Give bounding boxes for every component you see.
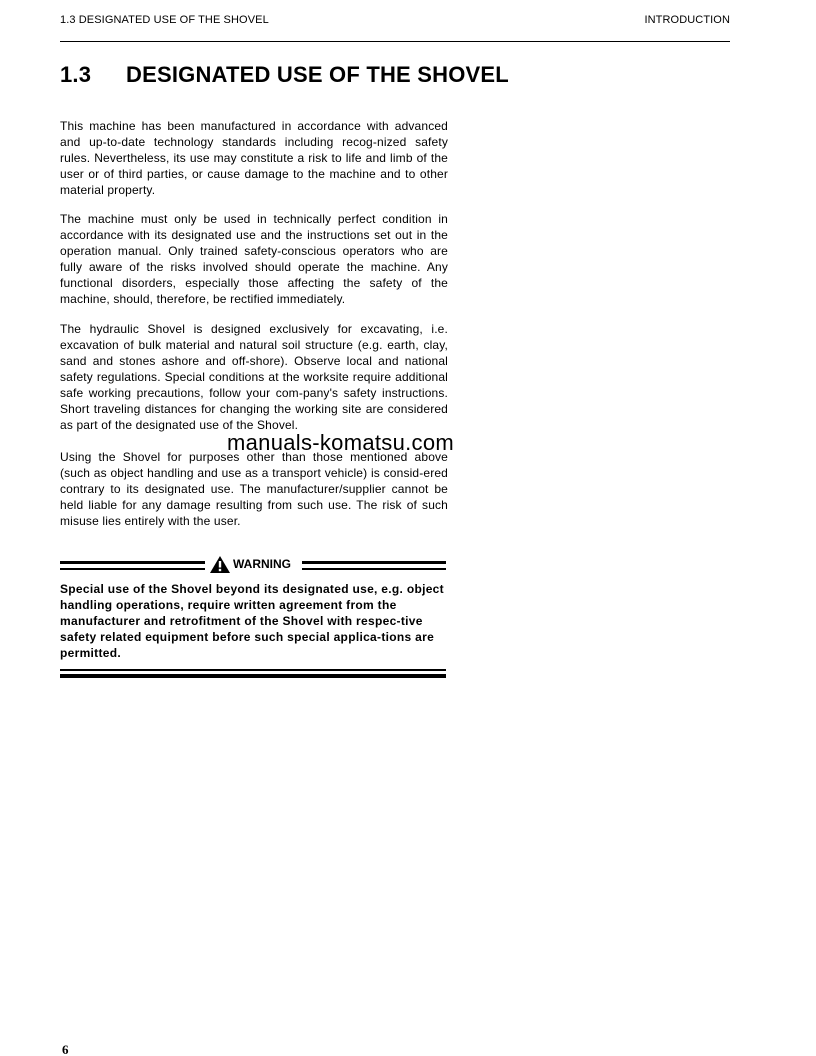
running-header-section: 1.3 DESIGNATED USE OF THE SHOVEL [60, 14, 269, 26]
paragraph-designated-use: The hydraulic Shovel is designed exclusi… [60, 321, 448, 433]
watermark: manuals-komatsu.com [227, 430, 454, 456]
warning-rule-right [302, 561, 446, 571]
warning-text: Special use of the Shovel beyond its des… [60, 581, 446, 661]
paragraph-misuse: Using the Shovel for purposes other than… [60, 449, 448, 529]
paragraph-text: Using the Shovel for purposes other than… [60, 449, 448, 529]
running-header: 1.3 DESIGNATED USE OF THE SHOVEL INTRODU… [60, 14, 730, 30]
header-divider [60, 41, 730, 42]
page-number: 6 [62, 1042, 69, 1056]
paragraph-text: This machine has been manufactured in ac… [60, 118, 448, 198]
warning-rule-left [60, 561, 205, 571]
warning-footer-rule [60, 669, 446, 681]
running-header-chapter: INTRODUCTION [644, 14, 730, 26]
section-title: 1.3DESIGNATED USE OF THE SHOVEL [60, 62, 509, 88]
paragraph-manufacturing: This machine has been manufactured in ac… [60, 118, 448, 198]
paragraph-text: The machine must only be used in technic… [60, 211, 448, 307]
paragraph-condition: The machine must only be used in technic… [60, 211, 448, 307]
warning-triangle-icon [210, 556, 230, 573]
paragraph-text: The hydraulic Shovel is designed exclusi… [60, 321, 448, 433]
section-number: 1.3 [60, 62, 126, 88]
warning-label: WARNING [210, 556, 291, 572]
warning-header: WARNING [60, 556, 446, 572]
warning-title: WARNING [233, 557, 291, 571]
section-heading: DESIGNATED USE OF THE SHOVEL [126, 62, 509, 87]
